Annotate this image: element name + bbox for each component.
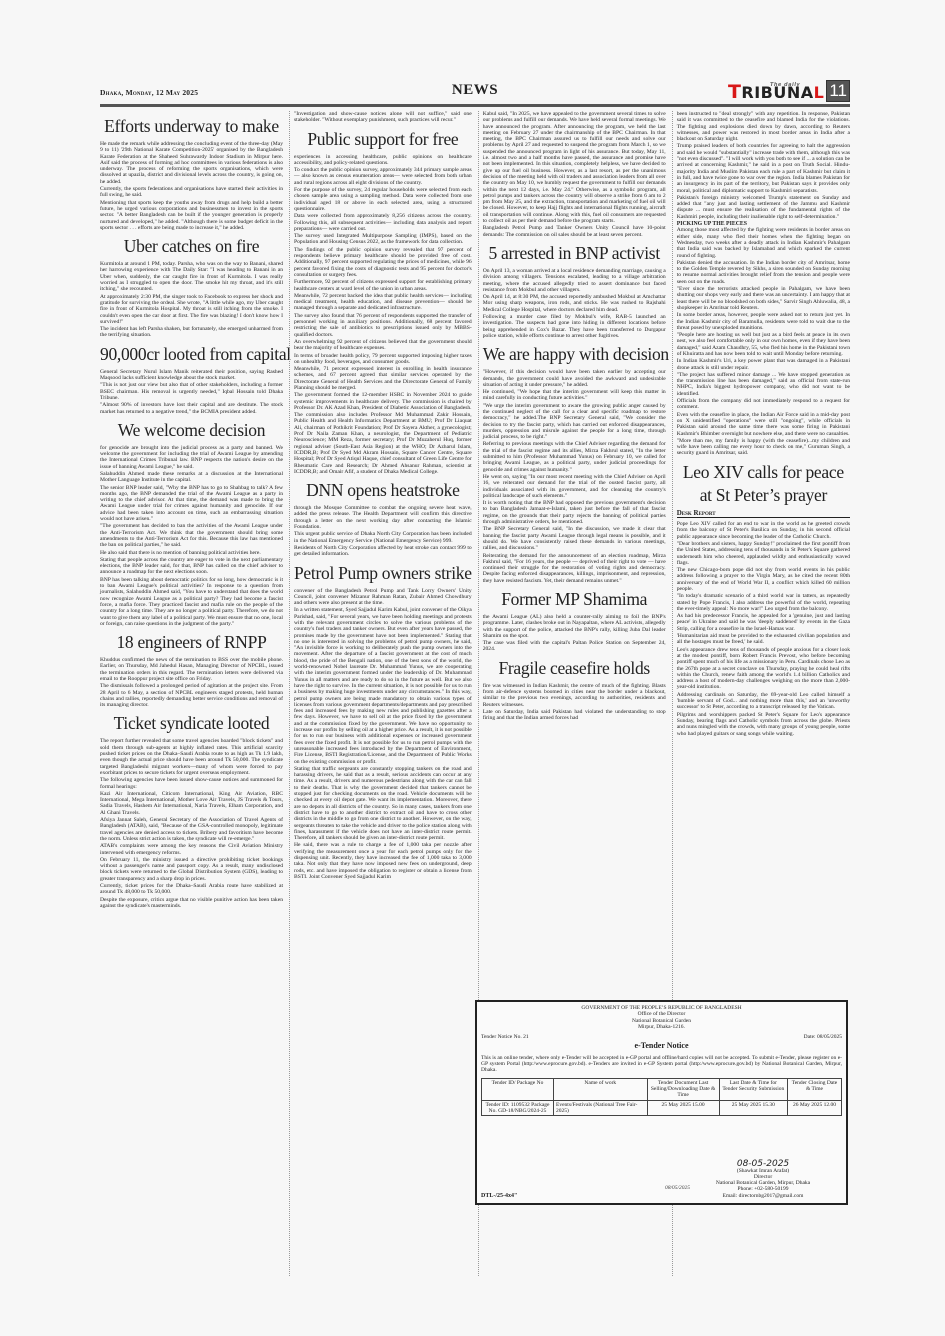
signature-block: 08-05-2025 (Shawkat Imran Arafat) Direct… xyxy=(688,1161,838,1199)
logo-tagline: The daily xyxy=(770,76,800,94)
column-1: Efforts underway to makeHe made the rema… xyxy=(100,111,283,1276)
article: Petrol Pump owners strikeconvener of the… xyxy=(294,563,472,881)
article-paragraph: "The government has decided to ban the a… xyxy=(100,523,283,548)
column-2: "Investigation and show-cause notices al… xyxy=(289,111,472,1276)
article-paragraph: Trump praised leaders of both countries … xyxy=(677,143,850,193)
article-paragraph: On February 11, the ministry issued a di… xyxy=(100,857,283,882)
article-paragraph: Late on Saturday, India said Pakistan ha… xyxy=(483,709,666,722)
article-paragraph: Following a murder case filed by Mokbul'… xyxy=(483,314,666,339)
article-paragraph: Salahuddin Ahmed made these remarks at a… xyxy=(100,471,283,484)
article-paragraph: This urgent public service of Dhaka Nort… xyxy=(294,531,472,544)
article-paragraph: for genocide are brought into the judici… xyxy=(100,445,283,470)
table-row: Tender ID: 1109532 Package No. GD-18/NBG… xyxy=(482,1100,842,1116)
article-paragraph: "The project has suffered minor damage .… xyxy=(677,372,850,397)
article-paragraph: Furthermore, 92 percent of citizens expr… xyxy=(294,279,472,292)
article-paragraph: "More than me, my family is happy (with … xyxy=(677,438,850,457)
col-header: Tender Document Last Selling/Downloading… xyxy=(647,1078,719,1100)
article-paragraph: through the Mosque Committee to combat t… xyxy=(294,505,472,530)
article-paragraph: fire was witnessed in Indian Kashmir, th… xyxy=(483,683,666,708)
article-paragraph: He continued, "We hope that the interim … xyxy=(483,389,666,402)
article-paragraph: "However, if this decision would have be… xyxy=(483,369,666,388)
article-paragraph: Addressing cardinals on Saturday, the 69… xyxy=(677,692,850,711)
article-headline: Public support for free xyxy=(294,129,472,150)
article-headline: 90,000cr looted from capital xyxy=(100,344,283,365)
tender-table-header: Tender ID/ Package No Name of work Tende… xyxy=(482,1078,842,1100)
article-paragraph: The dismissals followed a prolonged peri… xyxy=(100,683,283,708)
article: We are happy with decision"However, if t… xyxy=(483,344,666,584)
tender-intro: This is an online tender, where only e-T… xyxy=(481,1055,842,1074)
article-paragraph: Reiterating the demand for the announcem… xyxy=(483,553,666,584)
article-paragraph: The survey used Integrated Multipurpose … xyxy=(294,233,472,246)
article-paragraph: Afsiya Jannat Saleh, General Secretary o… xyxy=(100,817,283,842)
article-paragraph: Data were collected from approximately 8… xyxy=(294,213,472,232)
article: Ticket syndicate lootedThe report furthe… xyxy=(100,713,283,909)
article-paragraph: BNP has been talking about democratic po… xyxy=(100,577,283,627)
article-paragraph: Kazi Air International, Citicom Internat… xyxy=(100,791,283,816)
article-paragraph: Officials from the company did not immed… xyxy=(677,398,850,411)
masthead: Dhaka, Monday, 12 May 2025 NEWS The dail… xyxy=(100,78,850,100)
page-number: 11 xyxy=(826,80,850,102)
article-paragraph: The report further revealed that some tr… xyxy=(100,738,283,776)
header-rule xyxy=(100,104,850,107)
article-paragraph: The BNP Secretary General said, "In the … xyxy=(483,526,666,551)
article-paragraph: The survey also found that 76 percent of… xyxy=(294,313,472,338)
article-paragraph: Khuddus confirmed the news of the termin… xyxy=(100,657,283,682)
tender-title: e-Tender Notice xyxy=(481,1043,842,1049)
article-headline: 5 arrested in BNP activist xyxy=(483,243,666,264)
article-paragraph: General Secretary Nurul Islam Manik reit… xyxy=(100,369,283,382)
article-headline: Former MP Shamima xyxy=(483,589,666,610)
article-paragraph: He said, there was a rule to charge a fe… xyxy=(294,842,472,880)
article-paragraph: The new Chicago-born pope did not shy fr… xyxy=(677,567,850,592)
article: DNN opens heatstrokethrough the Mosque C… xyxy=(294,480,472,557)
tender-date: Date: 08/05/2025 xyxy=(804,1034,842,1040)
article-paragraph: Bangladesh Petrol Pump and Tanker Owners… xyxy=(483,225,666,238)
signatory-email: Email: directornbg2017@gmail.com xyxy=(688,1193,838,1199)
article-paragraph: experiences in accessing healthcare, pub… xyxy=(294,154,472,167)
article-paragraph: In a written statement, Syed Sajjadul Ka… xyxy=(294,607,472,764)
article-paragraph: The incident has left Parsha shaken, but… xyxy=(100,326,283,339)
article-paragraph: Stating that traffic sergeants are const… xyxy=(294,766,472,842)
article-paragraph: In some border areas, however, people we… xyxy=(677,312,850,331)
article-headline: 18 engineers of RNPP xyxy=(100,632,283,653)
tender-meta: Tender Notice No. 21 Date: 08/05/2025 xyxy=(481,1034,842,1040)
col-header: Tender ID/ Package No xyxy=(482,1078,554,1100)
article-headline: Ticket syndicate looted xyxy=(100,713,283,734)
article: 5 arrested in BNP activistOn April 13, a… xyxy=(483,243,666,339)
article-headline: We welcome decision xyxy=(100,420,283,441)
article-paragraph: Among those most affected by the fightin… xyxy=(677,227,850,258)
article-paragraph: "This is not just our view but also that… xyxy=(100,382,283,401)
article: 18 engineers of RNPPKhuddus confirmed th… xyxy=(100,632,283,708)
article-paragraph: The government formed the 12-member HSRC… xyxy=(294,392,472,411)
work-name-cell: Events/Festivals (National Tree Fair-202… xyxy=(554,1100,648,1116)
article-paragraph: Currently, the sports federations and or… xyxy=(100,186,283,199)
article: We welcome decisionfor genocide are brou… xyxy=(100,420,283,627)
ad-code: DTL-/25-4x4" xyxy=(481,1193,517,1199)
article-paragraph: "We urge the interim government to aware… xyxy=(483,403,666,441)
article-headline: Efforts underway to make xyxy=(100,116,283,137)
article-headline: DNN opens heatstroke xyxy=(294,480,472,501)
article-paragraph: The following agencies have been issued … xyxy=(100,777,283,790)
article-paragraph: He made the remark while addressing the … xyxy=(100,141,283,185)
tender-id-cell: Tender ID: 1109532 Package No. GD-18/NBG… xyxy=(482,1100,554,1116)
article-paragraph: "Investigation and show-cause notices al… xyxy=(294,111,472,124)
article-paragraph: An overwhelming 92 percent of citizens b… xyxy=(294,339,472,352)
article-paragraph: In Indian Kashmir's Uri, a key power pla… xyxy=(677,358,850,371)
article-paragraph: "In today's dramatic scenario of a third… xyxy=(677,593,850,612)
article-paragraph: The findings of the public opinion surve… xyxy=(294,247,472,278)
article-paragraph: Referring to previous meetings with the … xyxy=(483,441,666,472)
article-paragraph: Leo's appearance drew tens of thousands … xyxy=(677,647,850,691)
article-paragraph: The senior BNP leader said, "Why the BNP… xyxy=(100,485,283,523)
article-paragraph: "People here are hosting us well but jus… xyxy=(677,332,850,357)
article-paragraph: Even with the ceasefire in place, the In… xyxy=(677,412,850,437)
article-paragraph: Pilgrims and worshippers packed St Peter… xyxy=(677,712,850,737)
article-paragraph: The case was filed with the capital's Pa… xyxy=(483,640,666,653)
article-paragraph: Pakistan's foreign ministry welcomed Tru… xyxy=(677,195,850,220)
article-paragraph: To conduct the public opinion survey, ap… xyxy=(294,167,472,186)
article-paragraph: He also said that there is no mention of… xyxy=(100,550,283,556)
article-paragraph: On April 13, a woman arrived at a local … xyxy=(483,268,666,293)
col-header: Last Date & Time for Tender Security Sub… xyxy=(719,1078,787,1100)
tender-notice-no: Tender Notice No. 21 xyxy=(481,1034,529,1040)
article: Fragile ceasefire holdsfire was witnesse… xyxy=(483,658,666,722)
article-headline: Uber catches on fire xyxy=(100,236,283,257)
article-paragraph: Pope Leo XIV called for an end to war in… xyxy=(677,521,850,540)
article-paragraph: In terms of broader health policy, 79 pe… xyxy=(294,353,472,366)
article-paragraph: convener of the Bangladesh Petrol Pump a… xyxy=(294,588,472,607)
article-paragraph: For the purpose of the survey, 24 regula… xyxy=(294,187,472,212)
tender-table: Tender ID/ Package No Name of work Tende… xyxy=(481,1078,842,1116)
article-headline: Fragile ceasefire holds xyxy=(483,658,666,679)
tribunal-logo: The daily TRIBUNAL 11 xyxy=(728,78,850,102)
article-paragraph: Mentioning that sports keep the youths a… xyxy=(100,200,283,231)
e-tender-notice: GOVERNMENT OF THE PEOPLE’S REPUBLIC OF B… xyxy=(475,1000,848,1205)
col-header: Tender Closing Date & Time xyxy=(787,1078,841,1100)
article-paragraph: Kabul said, "In 2025, we have appealed t… xyxy=(483,111,666,224)
article-paragraph: At approximately 2:30 PM, the singer too… xyxy=(100,294,283,325)
article-paragraph: "Dear brothers and sisters, happy Sunday… xyxy=(677,541,850,566)
article-paragraph: 'Humanitarian aid must be provided to th… xyxy=(677,633,850,646)
article: Uber catches on fireKurmitola at around … xyxy=(100,236,283,339)
security-deadline-cell: 25 May 2025 15.30 xyxy=(719,1100,787,1116)
article-paragraph: The commission also includes Professor M… xyxy=(294,412,472,475)
article-paragraph: ATAB's complaints were among the key rea… xyxy=(100,843,283,856)
article: Efforts underway to makeHe made the rema… xyxy=(100,116,283,231)
article-headline: Leo XIV calls for peace xyxy=(677,462,850,483)
article: Leo XIV calls for peaceat St Peter’s pra… xyxy=(677,462,850,737)
article-paragraph: "Almost 90% of investors have lost their… xyxy=(100,402,283,415)
byline: Desk Report xyxy=(677,510,850,518)
tender-address-line: Mirpur, Dhaka-1216. xyxy=(481,1024,842,1030)
article-paragraph: Kurmitola at around 1 PM, today. Parsha,… xyxy=(100,261,283,292)
article-paragraph: "Ever since the terrorists attacked peop… xyxy=(677,286,850,311)
logo-wordmark: The daily TRIBUNAL xyxy=(728,83,824,102)
article-paragraph: Currently, ticket prices for the Dhaka–S… xyxy=(100,883,283,896)
article: 90,000cr looted from capitalGeneral Secr… xyxy=(100,344,283,415)
article-paragraph: Pakistan denied the accusation. In the I… xyxy=(677,260,850,285)
article-paragraph: It is worth noting that the BNP had oppo… xyxy=(483,500,666,525)
article-paragraph: Despite the exposure, critics argue that… xyxy=(100,897,283,910)
article-paragraph: Meanwhile, 72 percent backed the idea th… xyxy=(294,293,472,312)
article-paragraph: Residents of North City Corporation affe… xyxy=(294,545,472,558)
article-headline: We are happy with decision xyxy=(483,344,666,365)
article-headline-cont: at St Peter’s prayer xyxy=(677,485,850,506)
article-paragraph: Meanwhile, 71 percent expressed interest… xyxy=(294,366,472,391)
closing-date-cell: 26 May 2025 12.00 xyxy=(787,1100,841,1116)
article-paragraph: the Awami League (AL) also held a counte… xyxy=(483,614,666,639)
article-paragraph: Stating that people across the country a… xyxy=(100,557,283,576)
article-paragraph: He went on, saying "In our most recent m… xyxy=(483,474,666,499)
initials-date: 08/05/2025 xyxy=(665,1185,690,1191)
article-headline: Petrol Pump owners strike xyxy=(294,563,472,584)
article: Public support for freeexperiences in ac… xyxy=(294,129,472,476)
article-paragraph: been instructed to "deal strongly" with … xyxy=(677,111,850,142)
article-paragraph: On April 14, at 8:30 PM, the accused rep… xyxy=(483,294,666,313)
article-paragraph: As had his predecessor Francis, he appea… xyxy=(677,613,850,632)
col-header: Name of work xyxy=(554,1078,648,1100)
newspaper-page: Dhaka, Monday, 12 May 2025 NEWS The dail… xyxy=(100,78,850,1276)
doc-deadline-cell: 25 May 2025 15.00 xyxy=(647,1100,719,1116)
article: Former MP Shamimathe Awami League (AL) a… xyxy=(483,589,666,653)
